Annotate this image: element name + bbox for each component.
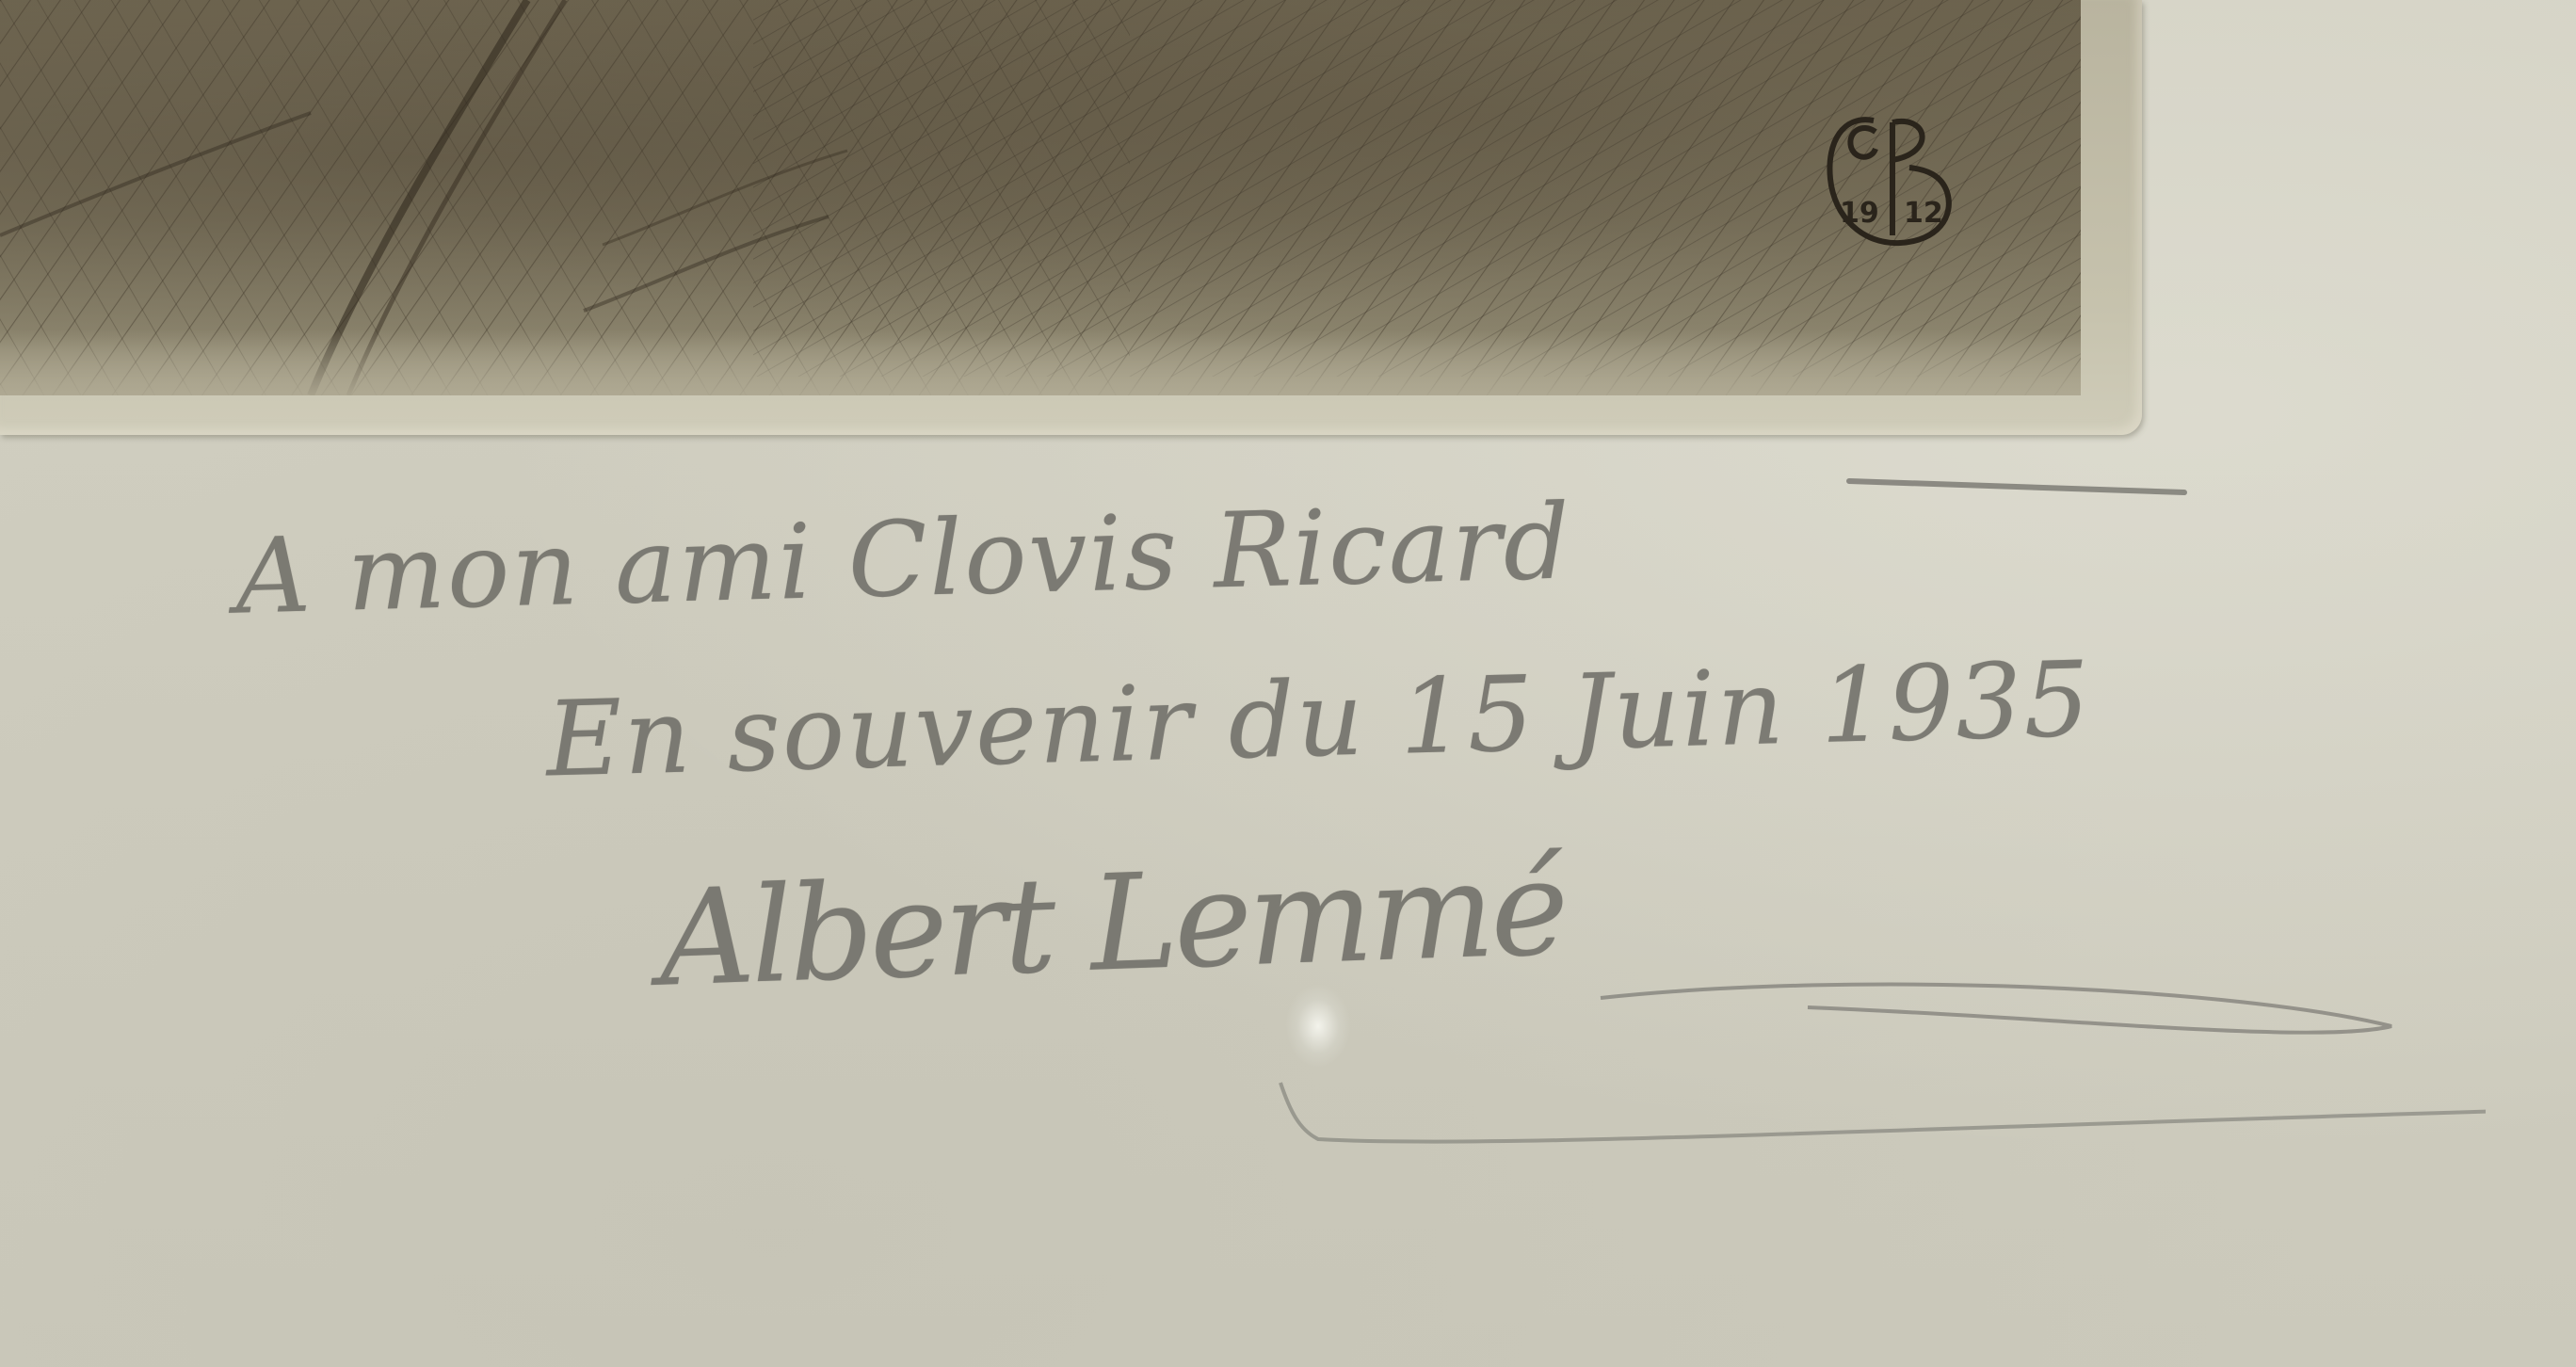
monogram-year-right: 12 xyxy=(1904,197,1943,230)
pencil-flourish-dash xyxy=(1845,475,2194,513)
etching-fade xyxy=(0,330,2081,395)
glass-reflection-glint xyxy=(1285,984,1351,1069)
etched-image xyxy=(0,0,2081,395)
signature-underline-flourish xyxy=(640,828,2486,1167)
cp-monogram-stamp: 19 12 xyxy=(1806,94,1966,254)
monogram-year-left: 19 xyxy=(1840,197,1879,230)
